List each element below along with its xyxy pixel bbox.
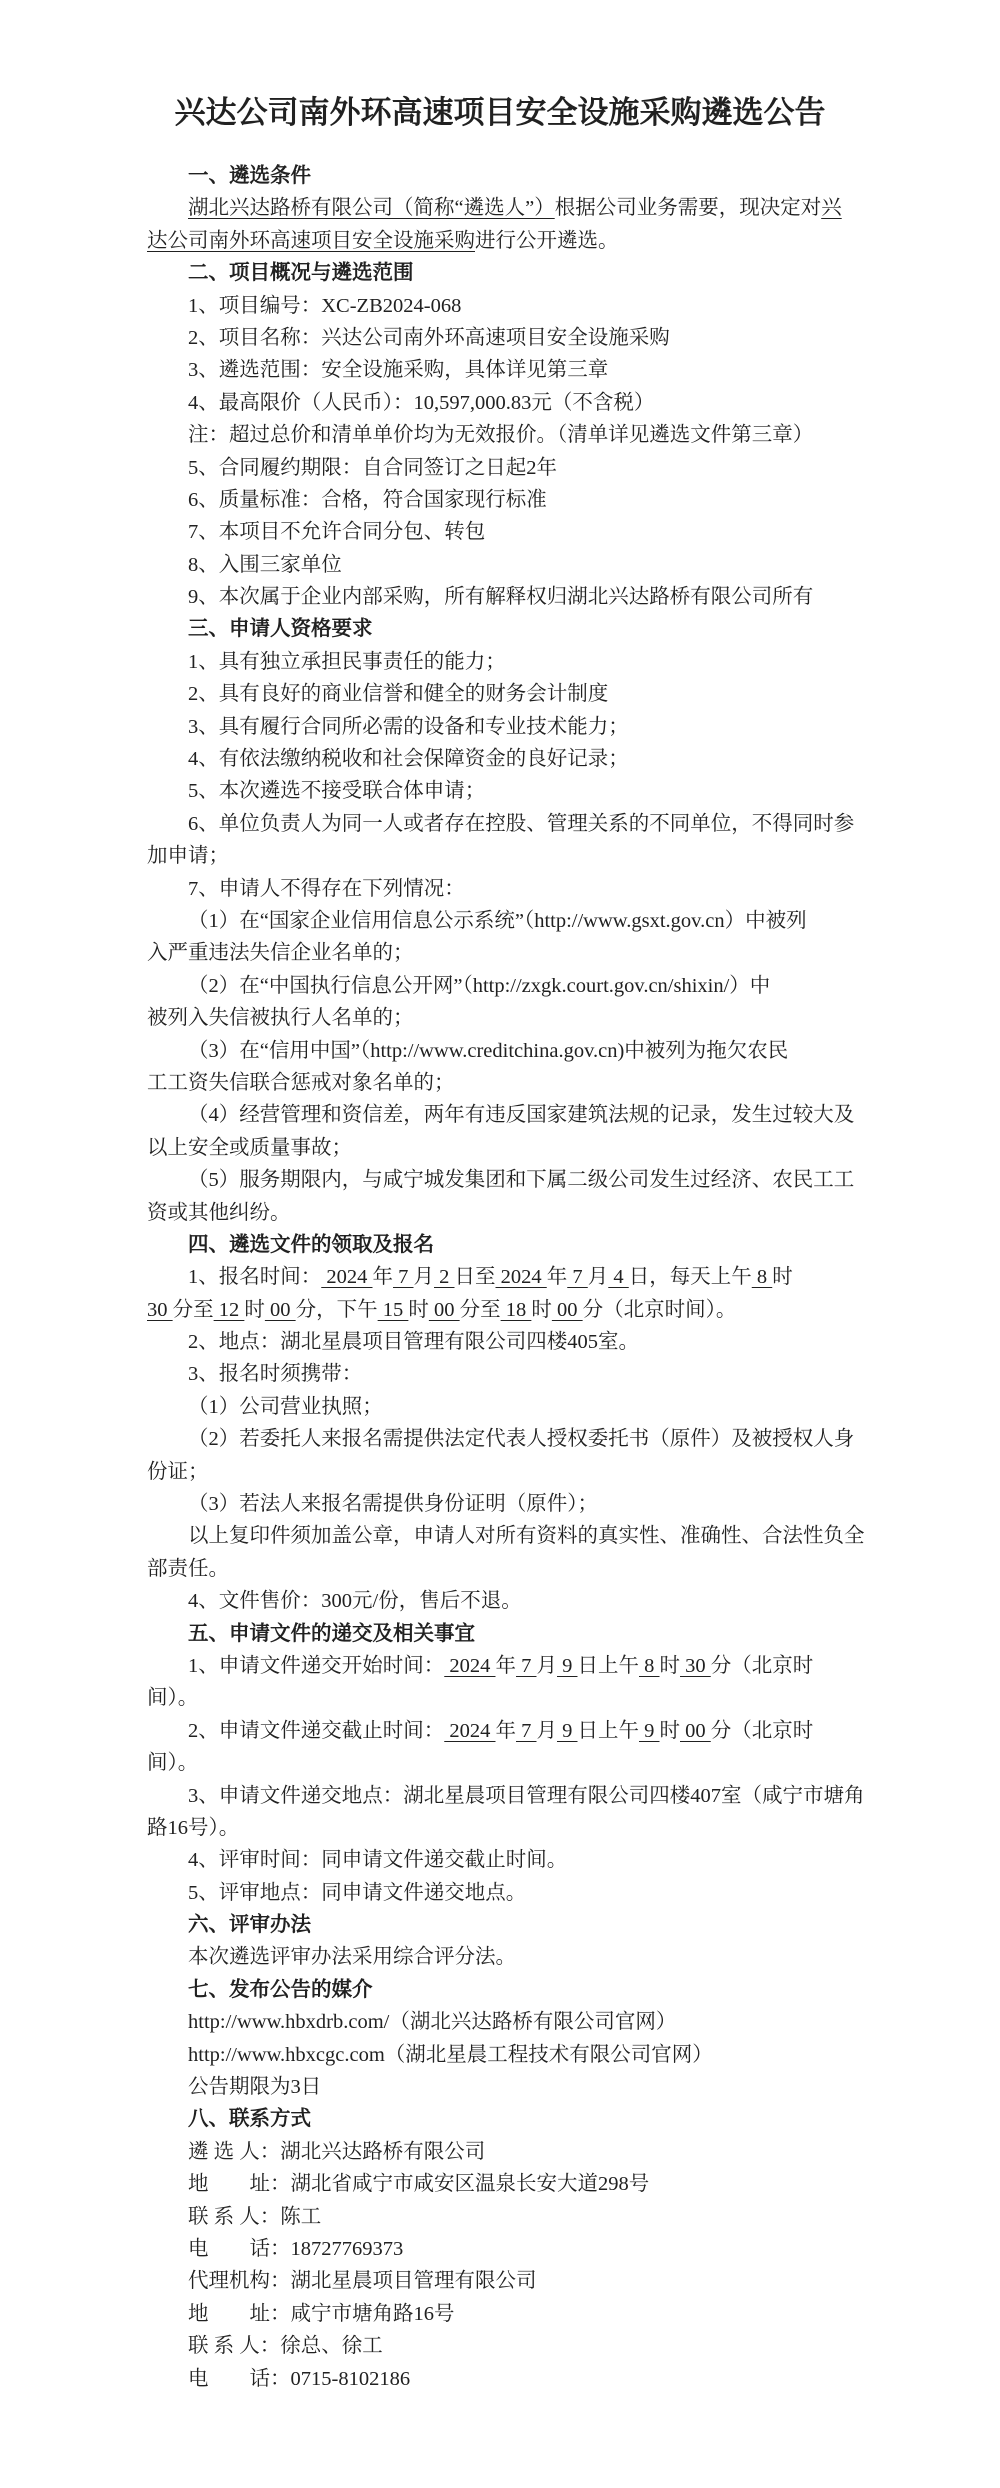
doc-line: 3、申请文件递交地点：湖北星晨项目管理有限公司四楼407室（咸宁市塘角 — [147, 1780, 877, 1812]
text-run: （3）在“信用中国”（http://www.creditchina.gov.cn… — [188, 1040, 788, 1062]
text-run: 工工资失信联合惩戒对象名单的； — [147, 1072, 455, 1094]
doc-line: 联 系 人：陈工 — [147, 2201, 877, 2233]
doc-line: （1）在“国家企业信用信息公示系统”（http://www.gsxt.gov.c… — [147, 905, 877, 937]
underlined-text: 7 — [516, 1655, 537, 1677]
text-run: 时 — [531, 1299, 552, 1321]
text-run: 日，每天上午 — [629, 1266, 752, 1288]
text-run: 年 — [496, 1720, 517, 1742]
underlined-text: 兴 — [821, 197, 842, 219]
section-heading: 二、项目概况与遴选范围 — [147, 257, 877, 289]
underlined-text: 30 — [147, 1299, 173, 1321]
underlined-text: 00 — [265, 1299, 296, 1321]
doc-line: 资或其他纠纷。 — [147, 1197, 877, 1229]
doc-line: 湖北兴达路桥有限公司（简称“遴选人”）根据公司业务需要，现决定对兴 — [147, 192, 877, 224]
text-run: 4、有依法缴纳税收和社会保障资金的良好记录； — [188, 748, 629, 770]
underlined-text: 2024 — [444, 1655, 495, 1677]
text-run: 联 系 人：徐总、徐工 — [188, 2335, 383, 2357]
doc-line: （5）服务期限内，与咸宁城发集团和下属二级公司发生过经济、农民工工 — [147, 1164, 877, 1196]
doc-line: 部责任。 — [147, 1553, 877, 1585]
doc-line: 5、评审地点：同申请文件递交地点。 — [147, 1877, 877, 1909]
doc-line: 间）。 — [147, 1682, 877, 1714]
doc-line: 联 系 人：徐总、徐工 — [147, 2330, 877, 2362]
text-run: 2、地点：湖北星晨项目管理有限公司四楼405室。 — [188, 1331, 639, 1353]
text-run: 八、联系方式 — [188, 2108, 311, 2130]
text-run: 份证； — [147, 1461, 209, 1483]
text-run: 8、入围三家单位 — [188, 554, 342, 576]
text-run: 日上午 — [578, 1720, 640, 1742]
section-heading: 六、评审办法 — [147, 1909, 877, 1941]
doc-line: 2、具有良好的商业信誉和健全的财务会计制度 — [147, 678, 877, 710]
underlined-text: 2024 — [321, 1266, 372, 1288]
doc-line: 2、项目名称：兴达公司南外环高速项目安全设施采购 — [147, 322, 877, 354]
doc-line: 遴 选 人：湖北兴达路桥有限公司 — [147, 2136, 877, 2168]
text-run: 2、项目名称：兴达公司南外环高速项目安全设施采购 — [188, 327, 670, 349]
text-run: 年 — [373, 1266, 394, 1288]
underlined-text: 2 — [434, 1266, 455, 1288]
text-run: 4、文件售价：300元/份，售后不退。 — [188, 1590, 522, 1612]
section-heading: 七、发布公告的媒介 — [147, 1974, 877, 2006]
underlined-text: 7 — [393, 1266, 414, 1288]
doc-line: 电 话：18727769373 — [147, 2233, 877, 2265]
text-run: 分（北京时 — [711, 1720, 814, 1742]
doc-line: 3、遴选范围：安全设施采购，具体详见第三章 — [147, 354, 877, 386]
doc-title: 兴达公司南外环高速项目安全设施采购遴选公告 — [0, 0, 1000, 134]
doc-line: 4、评审时间：同申请文件递交截止时间。 — [147, 1844, 877, 1876]
document-page: 兴达公司南外环高速项目安全设施采购遴选公告 一、遴选条件湖北兴达路桥有限公司（简… — [0, 0, 1000, 2488]
text-run: （2）在“中国执行信息公开网”（http://zxgk.court.gov.cn… — [188, 975, 770, 997]
text-run: 5、本次遴选不接受联合体申请； — [188, 780, 485, 802]
doc-line: 5、合同履约期限：自合同签订之日起2年 — [147, 452, 877, 484]
text-run: 代理机构：湖北星晨项目管理有限公司 — [188, 2270, 537, 2292]
text-run: 电 话：0715-8102186 — [188, 2368, 410, 2390]
text-run: 注：超过总价和清单单价均为无效报价。（清单详见遴选文件第三章） — [188, 424, 813, 446]
text-run: 时 — [772, 1266, 793, 1288]
text-run: （5）服务期限内，与咸宁城发集团和下属二级公司发生过经济、农民工工 — [188, 1169, 854, 1191]
text-run: （1）公司营业执照； — [188, 1396, 383, 1418]
doc-line: 2、申请文件递交截止时间： 2024 年 7 月 9 日上午 9 时 00 分（… — [147, 1715, 877, 1747]
doc-line: 代理机构：湖北星晨项目管理有限公司 — [147, 2265, 877, 2297]
doc-line: （4）经营管理和资信差，两年有违反国家建筑法规的记录，发生过较大及 — [147, 1099, 877, 1131]
doc-line: 地 址：咸宁市塘角路16号 — [147, 2298, 877, 2330]
text-run: http://www.hbxcgc.com（湖北星晨工程技术有限公司官网） — [188, 2044, 713, 2066]
underlined-text: 18 — [501, 1299, 532, 1321]
doc-line: 本次遴选评审办法采用综合评分法。 — [147, 1941, 877, 1973]
doc-line: 1、申请文件递交开始时间： 2024 年 7 月 9 日上午 8 时 30 分（… — [147, 1650, 877, 1682]
text-run: 间）。 — [147, 1687, 198, 1709]
text-run: 1、申请文件递交开始时间： — [188, 1655, 444, 1677]
text-run: 3、报名时须携带： — [188, 1363, 362, 1385]
text-run: 一、遴选条件 — [188, 165, 311, 187]
text-run: （2）若委托人来报名需提供法定代表人授权委托书（原件）及被授权人身 — [188, 1428, 854, 1450]
text-run: 时 — [408, 1299, 429, 1321]
section-heading: 一、遴选条件 — [147, 160, 877, 192]
text-run: 五、申请文件的递交及相关事宜 — [188, 1623, 475, 1645]
text-run: 电 话：18727769373 — [188, 2238, 403, 2260]
text-run: 1、具有独立承担民事责任的能力； — [188, 651, 506, 673]
underlined-text: 7 — [516, 1720, 537, 1742]
doc-line: 电 话：0715-8102186 — [147, 2363, 877, 2395]
text-run: 7、申请人不得存在下列情况： — [188, 878, 465, 900]
text-run: 6、单位负责人为同一人或者存在控股、管理关系的不同单位，不得同时参 — [188, 813, 854, 835]
text-run: 7、本项目不允许合同分包、转包 — [188, 521, 485, 543]
text-run: 公告期限为3日 — [188, 2076, 321, 2098]
text-run: 2、申请文件递交截止时间： — [188, 1720, 444, 1742]
text-run: （1）在“国家企业信用信息公示系统”（http://www.gsxt.gov.c… — [188, 910, 807, 932]
doc-line: 4、最高限价（人民币）：10,597,000.83元（不含税） — [147, 387, 877, 419]
text-run: 日上午 — [578, 1655, 640, 1677]
text-run: 四、遴选文件的领取及报名 — [188, 1234, 434, 1256]
doc-line: 5、本次遴选不接受联合体申请； — [147, 775, 877, 807]
doc-line: 1、项目编号：XC-ZB2024-068 — [147, 290, 877, 322]
text-run: 1、报名时间： — [188, 1266, 321, 1288]
doc-line: 6、单位负责人为同一人或者存在控股、管理关系的不同单位，不得同时参 — [147, 808, 877, 840]
doc-line: 达公司南外环高速项目安全设施采购进行公开遴选。 — [147, 225, 877, 257]
text-run: 三、申请人资格要求 — [188, 618, 373, 640]
doc-line: 1、具有独立承担民事责任的能力； — [147, 646, 877, 678]
doc-line: 9、本次属于企业内部采购，所有解释权归湖北兴达路桥有限公司所有 — [147, 581, 877, 613]
doc-line: 3、报名时须携带： — [147, 1358, 877, 1390]
underlined-text: 8 — [752, 1266, 773, 1288]
doc-line: 6、质量标准：合格，符合国家现行标准 — [147, 484, 877, 516]
doc-line: 1、报名时间： 2024 年 7 月 2 日至 2024 年 7 月 4 日，每… — [147, 1261, 877, 1293]
doc-line: 30 分至 12 时 00 分，下午 15 时 00 分至 18 时 00 分（… — [147, 1294, 877, 1326]
text-run: 时 — [660, 1655, 681, 1677]
text-run: 七、发布公告的媒介 — [188, 1979, 373, 2001]
text-run: 路16号）。 — [147, 1817, 239, 1839]
doc-line: 7、申请人不得存在下列情况： — [147, 873, 877, 905]
text-run: 5、合同履约期限：自合同签订之日起2年 — [188, 457, 557, 479]
doc-line: 路16号）。 — [147, 1812, 877, 1844]
text-run: （4）经营管理和资信差，两年有违反国家建筑法规的记录，发生过较大及 — [188, 1104, 854, 1126]
doc-line: （2）若委托人来报名需提供法定代表人授权委托书（原件）及被授权人身 — [147, 1423, 877, 1455]
text-run: 3、具有履行合同所必需的设备和专业技术能力； — [188, 716, 629, 738]
text-run: 本次遴选评审办法采用综合评分法。 — [188, 1946, 516, 1968]
text-run: http://www.hbxdrb.com/（湖北兴达路桥有限公司官网） — [188, 2011, 676, 2033]
text-run: 间）。 — [147, 1752, 198, 1774]
text-run: 地 址：咸宁市塘角路16号 — [188, 2303, 455, 2325]
doc-line: http://www.hbxdrb.com/（湖北兴达路桥有限公司官网） — [147, 2006, 877, 2038]
underlined-text: 00 — [680, 1720, 711, 1742]
text-run: 月 — [588, 1266, 609, 1288]
doc-line: 以上安全或质量事故； — [147, 1132, 877, 1164]
text-run: 月 — [537, 1720, 558, 1742]
doc-line: http://www.hbxcgc.com（湖北星晨工程技术有限公司官网） — [147, 2039, 877, 2071]
text-run: 分（北京时 — [711, 1655, 814, 1677]
text-run: 地 址：湖北省咸宁市咸安区温泉长安大道298号 — [188, 2173, 649, 2195]
text-run: 4、最高限价（人民币）：10,597,000.83元（不含税） — [188, 392, 654, 414]
text-run: 9、本次属于企业内部采购，所有解释权归湖北兴达路桥有限公司所有 — [188, 586, 813, 608]
underlined-text: 00 — [429, 1299, 460, 1321]
doc-line: 公告期限为3日 — [147, 2071, 877, 2103]
doc-line: 2、地点：湖北星晨项目管理有限公司四楼405室。 — [147, 1326, 877, 1358]
doc-line: 以上复印件须加盖公章，申请人对所有资料的真实性、准确性、合法性负全 — [147, 1520, 877, 1552]
text-run: 以上安全或质量事故； — [147, 1137, 352, 1159]
text-run: 入严重违法失信企业名单的； — [147, 942, 414, 964]
doc-line: 地 址：湖北省咸宁市咸安区温泉长安大道298号 — [147, 2168, 877, 2200]
text-run: 5、评审地点：同申请文件递交地点。 — [188, 1882, 526, 1904]
underlined-text: 9 — [557, 1720, 578, 1742]
text-run: 3、遴选范围：安全设施采购，具体详见第三章 — [188, 359, 608, 381]
section-heading: 四、遴选文件的领取及报名 — [147, 1229, 877, 1261]
doc-line: 注：超过总价和清单单价均为无效报价。（清单详见遴选文件第三章） — [147, 419, 877, 451]
doc-line: 3、具有履行合同所必需的设备和专业技术能力； — [147, 711, 877, 743]
text-run: 分，下午 — [296, 1299, 378, 1321]
doc-line: 加申请； — [147, 840, 877, 872]
section-heading: 三、申请人资格要求 — [147, 613, 877, 645]
text-run: 日至 — [455, 1266, 496, 1288]
text-run: 加申请； — [147, 845, 229, 867]
text-run: 根据公司业务需要，现决定对 — [555, 197, 822, 219]
doc-line: 8、入围三家单位 — [147, 549, 877, 581]
text-run: 六、评审办法 — [188, 1914, 311, 1936]
underlined-text: 00 — [552, 1299, 583, 1321]
doc-line: （3）若法人来报名需提供身份证明（原件）； — [147, 1488, 877, 1520]
section-heading: 五、申请文件的递交及相关事宜 — [147, 1618, 877, 1650]
document-body: 一、遴选条件湖北兴达路桥有限公司（简称“遴选人”）根据公司业务需要，现决定对兴达… — [147, 160, 877, 2395]
doc-line: 被列入失信被执行人名单的； — [147, 1002, 877, 1034]
underlined-text: 2024 — [496, 1266, 547, 1288]
text-run: 月 — [414, 1266, 435, 1288]
underlined-text: 2024 — [444, 1720, 495, 1742]
doc-line: （3）在“信用中国”（http://www.creditchina.gov.cn… — [147, 1035, 877, 1067]
text-run: 年 — [496, 1655, 517, 1677]
doc-line: 4、有依法缴纳税收和社会保障资金的良好记录； — [147, 743, 877, 775]
text-run: 进行公开遴选。 — [475, 230, 619, 252]
doc-line: （1）公司营业执照； — [147, 1391, 877, 1423]
doc-line: 7、本项目不允许合同分包、转包 — [147, 516, 877, 548]
text-run: 以上复印件须加盖公章，申请人对所有资料的真实性、准确性、合法性负全 — [188, 1525, 865, 1547]
text-run: 6、质量标准：合格，符合国家现行标准 — [188, 489, 547, 511]
underlined-text: 12 — [214, 1299, 245, 1321]
doc-line: 入严重违法失信企业名单的； — [147, 937, 877, 969]
text-run: 资或其他纠纷。 — [147, 1202, 291, 1224]
underlined-text: 4 — [608, 1266, 629, 1288]
doc-line: 工工资失信联合惩戒对象名单的； — [147, 1067, 877, 1099]
text-run: 联 系 人：陈工 — [188, 2206, 321, 2228]
text-run: 4、评审时间：同申请文件递交截止时间。 — [188, 1849, 567, 1871]
underlined-text: 30 — [680, 1655, 711, 1677]
doc-line: 份证； — [147, 1456, 877, 1488]
underlined-text: 湖北兴达路桥有限公司（简称“遴选人”） — [188, 197, 555, 219]
text-run: 时 — [244, 1299, 265, 1321]
underlined-text: 9 — [639, 1720, 660, 1742]
text-run: 分至 — [173, 1299, 214, 1321]
text-run: 月 — [537, 1655, 558, 1677]
underlined-text: 达公司南外环高速项目安全设施采购 — [147, 230, 475, 252]
text-run: 被列入失信被执行人名单的； — [147, 1007, 414, 1029]
text-run: 2、具有良好的商业信誉和健全的财务会计制度 — [188, 683, 608, 705]
text-run: 1、项目编号：XC-ZB2024-068 — [188, 295, 461, 317]
underlined-text: 15 — [378, 1299, 409, 1321]
doc-line: （2）在“中国执行信息公开网”（http://zxgk.court.gov.cn… — [147, 970, 877, 1002]
section-heading: 八、联系方式 — [147, 2103, 877, 2135]
doc-line: 4、文件售价：300元/份，售后不退。 — [147, 1585, 877, 1617]
underlined-text: 8 — [639, 1655, 660, 1677]
text-run: 3、申请文件递交地点：湖北星晨项目管理有限公司四楼407室（咸宁市塘角 — [188, 1785, 865, 1807]
underlined-text: 9 — [557, 1655, 578, 1677]
text-run: （3）若法人来报名需提供身份证明（原件）； — [188, 1493, 598, 1515]
doc-line: 间）。 — [147, 1747, 877, 1779]
text-run: 年 — [547, 1266, 568, 1288]
underlined-text: 7 — [567, 1266, 588, 1288]
text-run: 部责任。 — [147, 1558, 229, 1580]
text-run: 时 — [660, 1720, 681, 1742]
text-run: 分（北京时间）。 — [583, 1299, 737, 1321]
text-run: 二、项目概况与遴选范围 — [188, 262, 414, 284]
text-run: 分至 — [460, 1299, 501, 1321]
text-run: 遴 选 人：湖北兴达路桥有限公司 — [188, 2141, 485, 2163]
